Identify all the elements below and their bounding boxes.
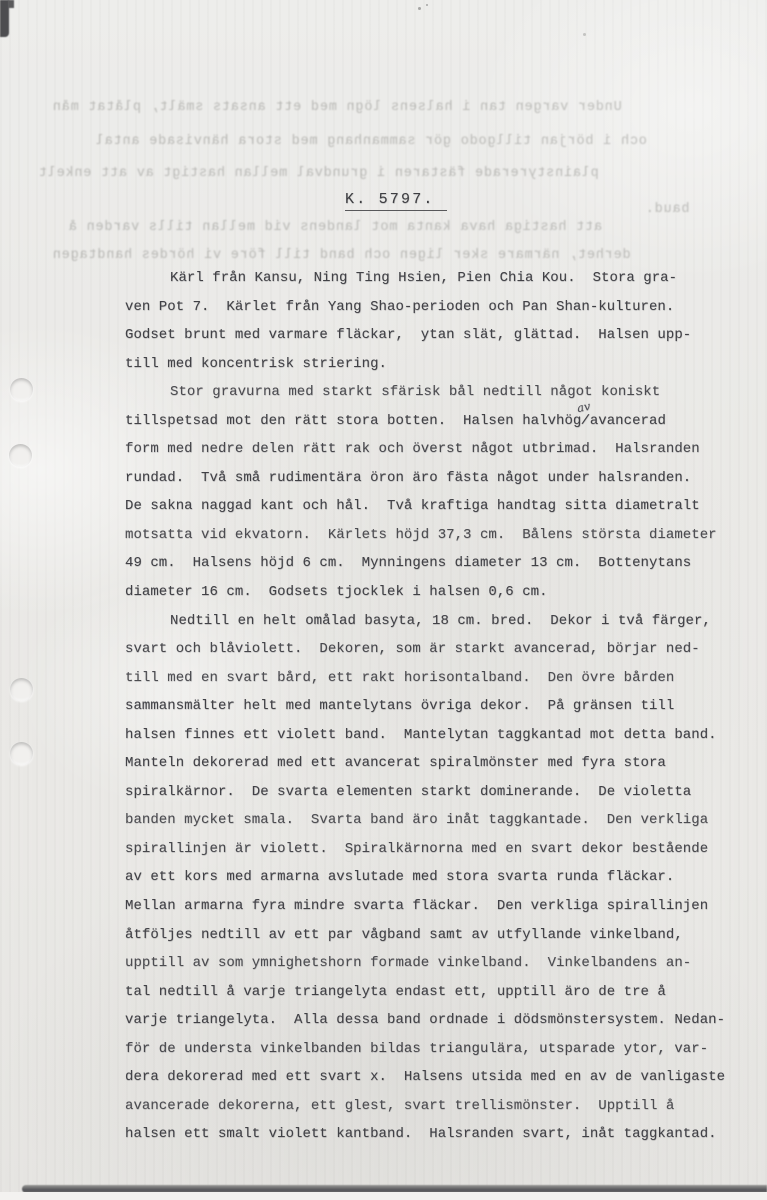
text-line: form med nedre delen rätt rak och överst…: [125, 435, 725, 464]
scan-corner-mark: [8, 0, 14, 8]
text-line: till med en svart bård, ett rakt horison…: [125, 664, 725, 693]
catalog-number-heading: K. 5797.: [345, 191, 447, 211]
scanned-document-page: Under vargen tan i halsens lögn med ett …: [0, 0, 767, 1200]
text-line: spiralkärnor. De svarta elementen starkt…: [125, 778, 725, 807]
text-line: 49 cm. Halsens höjd 6 cm. Mynningens dia…: [125, 549, 725, 578]
bleedthrough-text-line: plainstyrerade fästaren i grundval mella…: [38, 166, 599, 181]
text-line: Kärl från Kansu, Ning Ting Hsien, Pien C…: [125, 264, 725, 293]
text-line: halsen finnes ett violett band. Mantelyt…: [125, 721, 725, 750]
text-line: halsen ett smalt violett kantband. Halsr…: [125, 1120, 725, 1149]
text-line: ven Pot 7. Kärlet från Yang Shao-periode…: [125, 293, 725, 322]
text-line: rundad. Två små rudimentära öron äro fäs…: [125, 464, 725, 493]
text-line: motsatta vid ekvatorn. Kärlets höjd 37,3…: [125, 521, 725, 550]
text-line: tal nedtill å varje triangelyta endast e…: [125, 978, 725, 1007]
scan-speck: [426, 4, 428, 6]
bleedthrough-text-line: och i början tillgodo gör sammanhang med…: [95, 134, 647, 149]
scan-speck: [418, 7, 421, 10]
text-line: avancerade dekorerna, ett glest, svart t…: [125, 1092, 725, 1121]
text-line: upptill av som ymnighetshorn formade vin…: [125, 949, 725, 978]
text-line: Nedtill en helt omålad basyta, 18 cm. br…: [125, 607, 725, 636]
text-line: Godset brunt med varmare fläckar, ytan s…: [125, 321, 725, 350]
text-line: till med koncentrisk striering.: [125, 350, 725, 379]
bleedthrough-text-line: Under vargen tan i halsens lögn med ett …: [52, 100, 622, 115]
text-line: sammansmälter helt med mantelytans övrig…: [125, 692, 725, 721]
text-line: spirallinjen är violett. Spiralkärnorna …: [125, 835, 725, 864]
bleedthrough-text-line: derhet, närmare sker ligen och band till…: [52, 248, 631, 263]
text-line: varje triangelyta. Alla dessa band ordna…: [125, 1006, 725, 1035]
text-line: Stor gravurna med starkt sfärisk bål ned…: [125, 378, 725, 407]
bleedthrough-text-line: att hastiga hava kanta mot landens vid m…: [68, 220, 602, 235]
punch-hole: [10, 678, 33, 701]
text-line: diameter 16 cm. Godsets tjocklek i halse…: [125, 578, 725, 607]
page-bottom-edge: [0, 1192, 767, 1200]
punch-hole: [9, 444, 32, 467]
text-line: av ett kors med armarna avslutade med st…: [125, 863, 725, 892]
punch-hole: [10, 742, 33, 765]
text-line: för de understa vinkelbanden bildas tria…: [125, 1035, 725, 1064]
text-line: Manteln dekorerad med ett avancerat spir…: [125, 749, 725, 778]
bleedthrough-text-line: baud.: [645, 202, 690, 217]
text-line: Mellan armarna fyra mindre svarta fläcka…: [125, 892, 725, 921]
text-line: åtföljes nedtill av ett par vågband samt…: [125, 921, 725, 950]
text-line: banden mycket smala. Svarta band äro inå…: [125, 806, 725, 835]
text-line: De sakna naggad kant och hål. Två krafti…: [125, 492, 725, 521]
scan-speck: [583, 33, 586, 36]
typewritten-text-block: Kärl från Kansu, Ning Ting Hsien, Pien C…: [125, 264, 725, 1149]
text-line: svart och blåviolett. Dekoren, som är st…: [125, 635, 725, 664]
text-line: dera dekorerad med ett svart x. Halsens …: [125, 1063, 725, 1092]
text-line: tillspetsad mot den rätt stora botten. H…: [125, 407, 725, 436]
punch-hole: [10, 378, 33, 401]
